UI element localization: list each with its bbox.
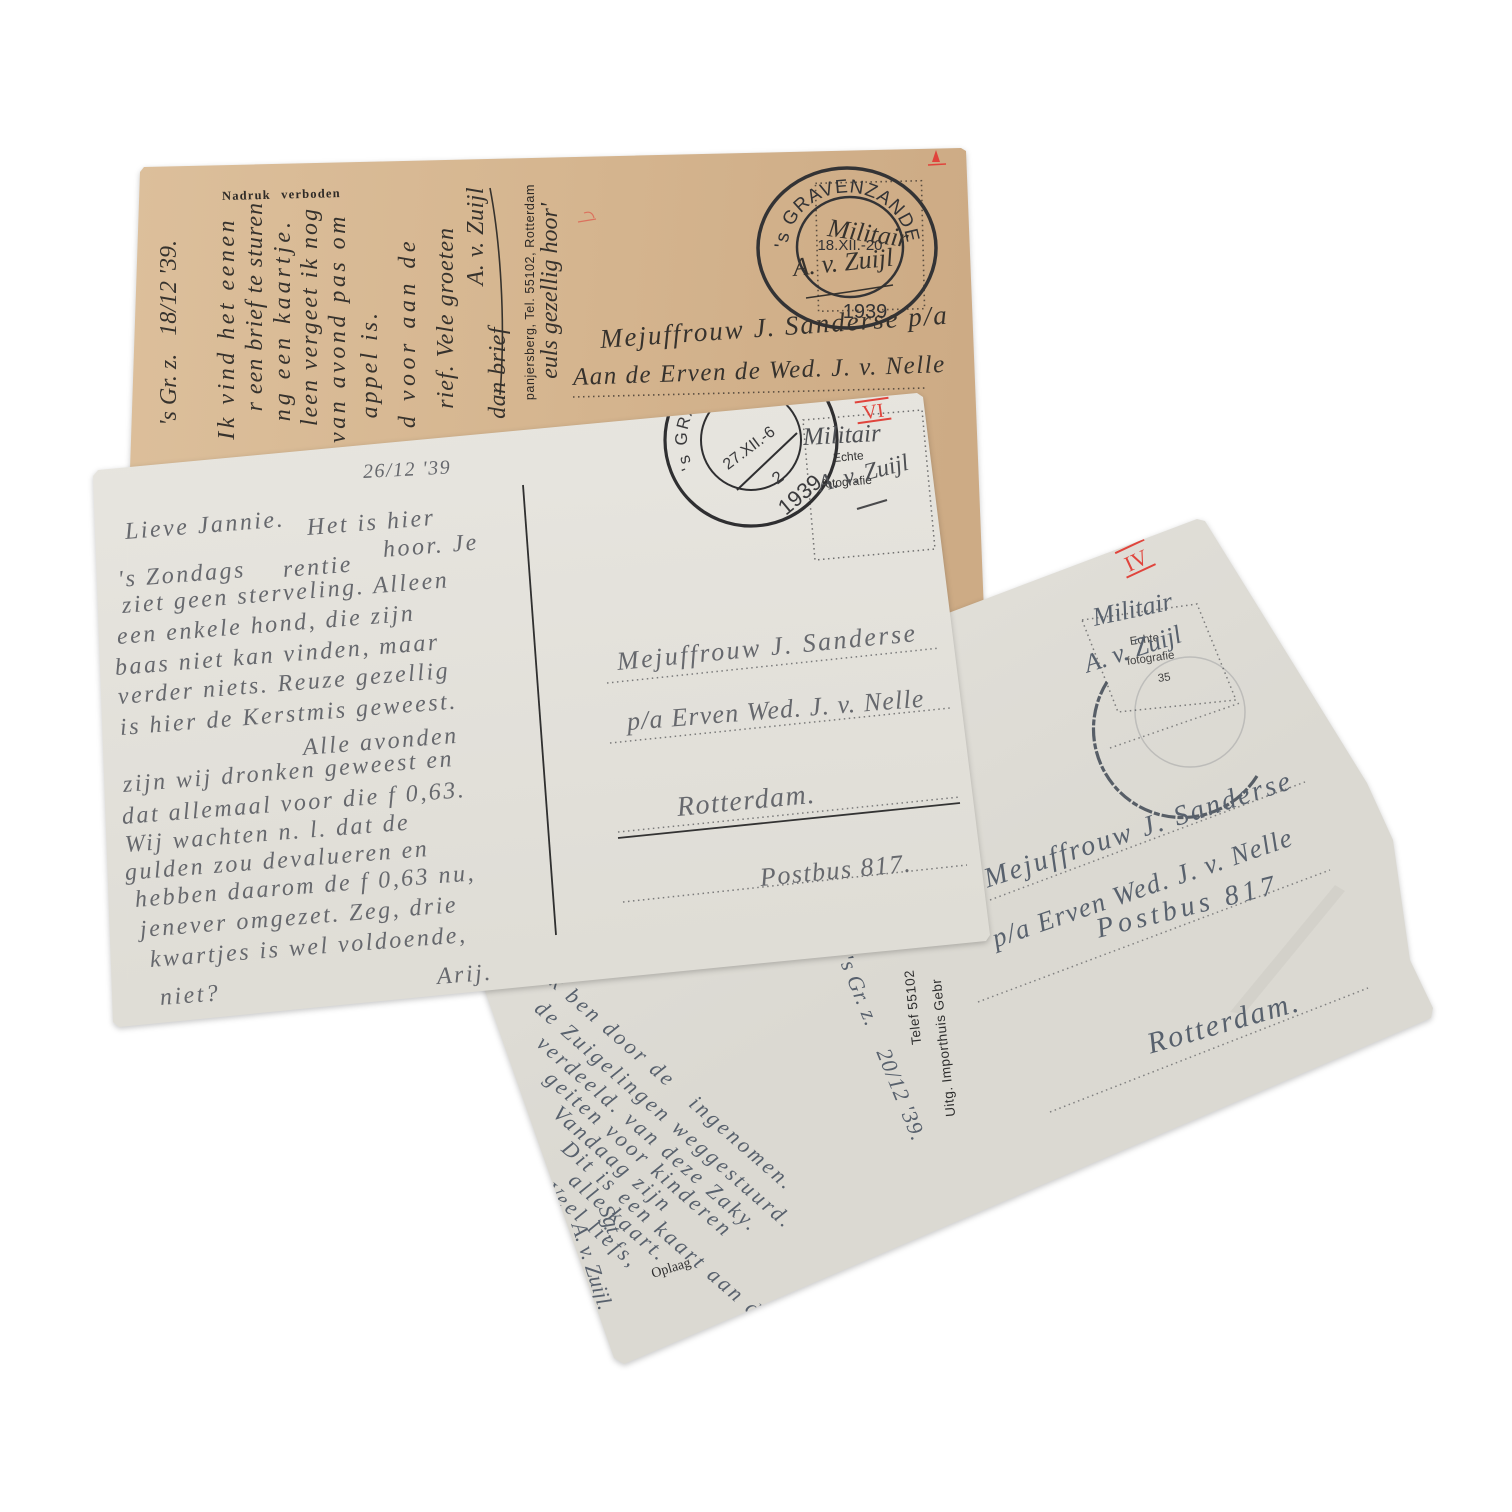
photo-scene: 's GRAVENZANDE 18.XII.-20 1939 Nadruk ve… xyxy=(0,0,1512,1512)
sender-rank: Militair xyxy=(802,421,881,450)
postcard-letter-surface: 's GRA 27.XII.-6 2 1939 VI xyxy=(0,0,1512,1512)
postcard-letter-markings: 's GRA 27.XII.-6 2 1939 VI xyxy=(0,0,1512,1512)
message-date: 26/12 '39 xyxy=(362,457,451,482)
svg-text:'s GRA: 's GRA xyxy=(672,398,701,473)
divider-line xyxy=(523,485,556,935)
letter-signature: Arij. xyxy=(436,961,494,989)
postmark-date: 27.XII.-6 xyxy=(720,423,779,473)
sender-underline xyxy=(857,500,887,509)
postmark-place: 's GRA xyxy=(672,398,701,473)
letter-line: niet? xyxy=(159,981,221,1010)
postcard-letter: 's GRA 27.XII.-6 2 1939 VI xyxy=(0,0,1512,1512)
